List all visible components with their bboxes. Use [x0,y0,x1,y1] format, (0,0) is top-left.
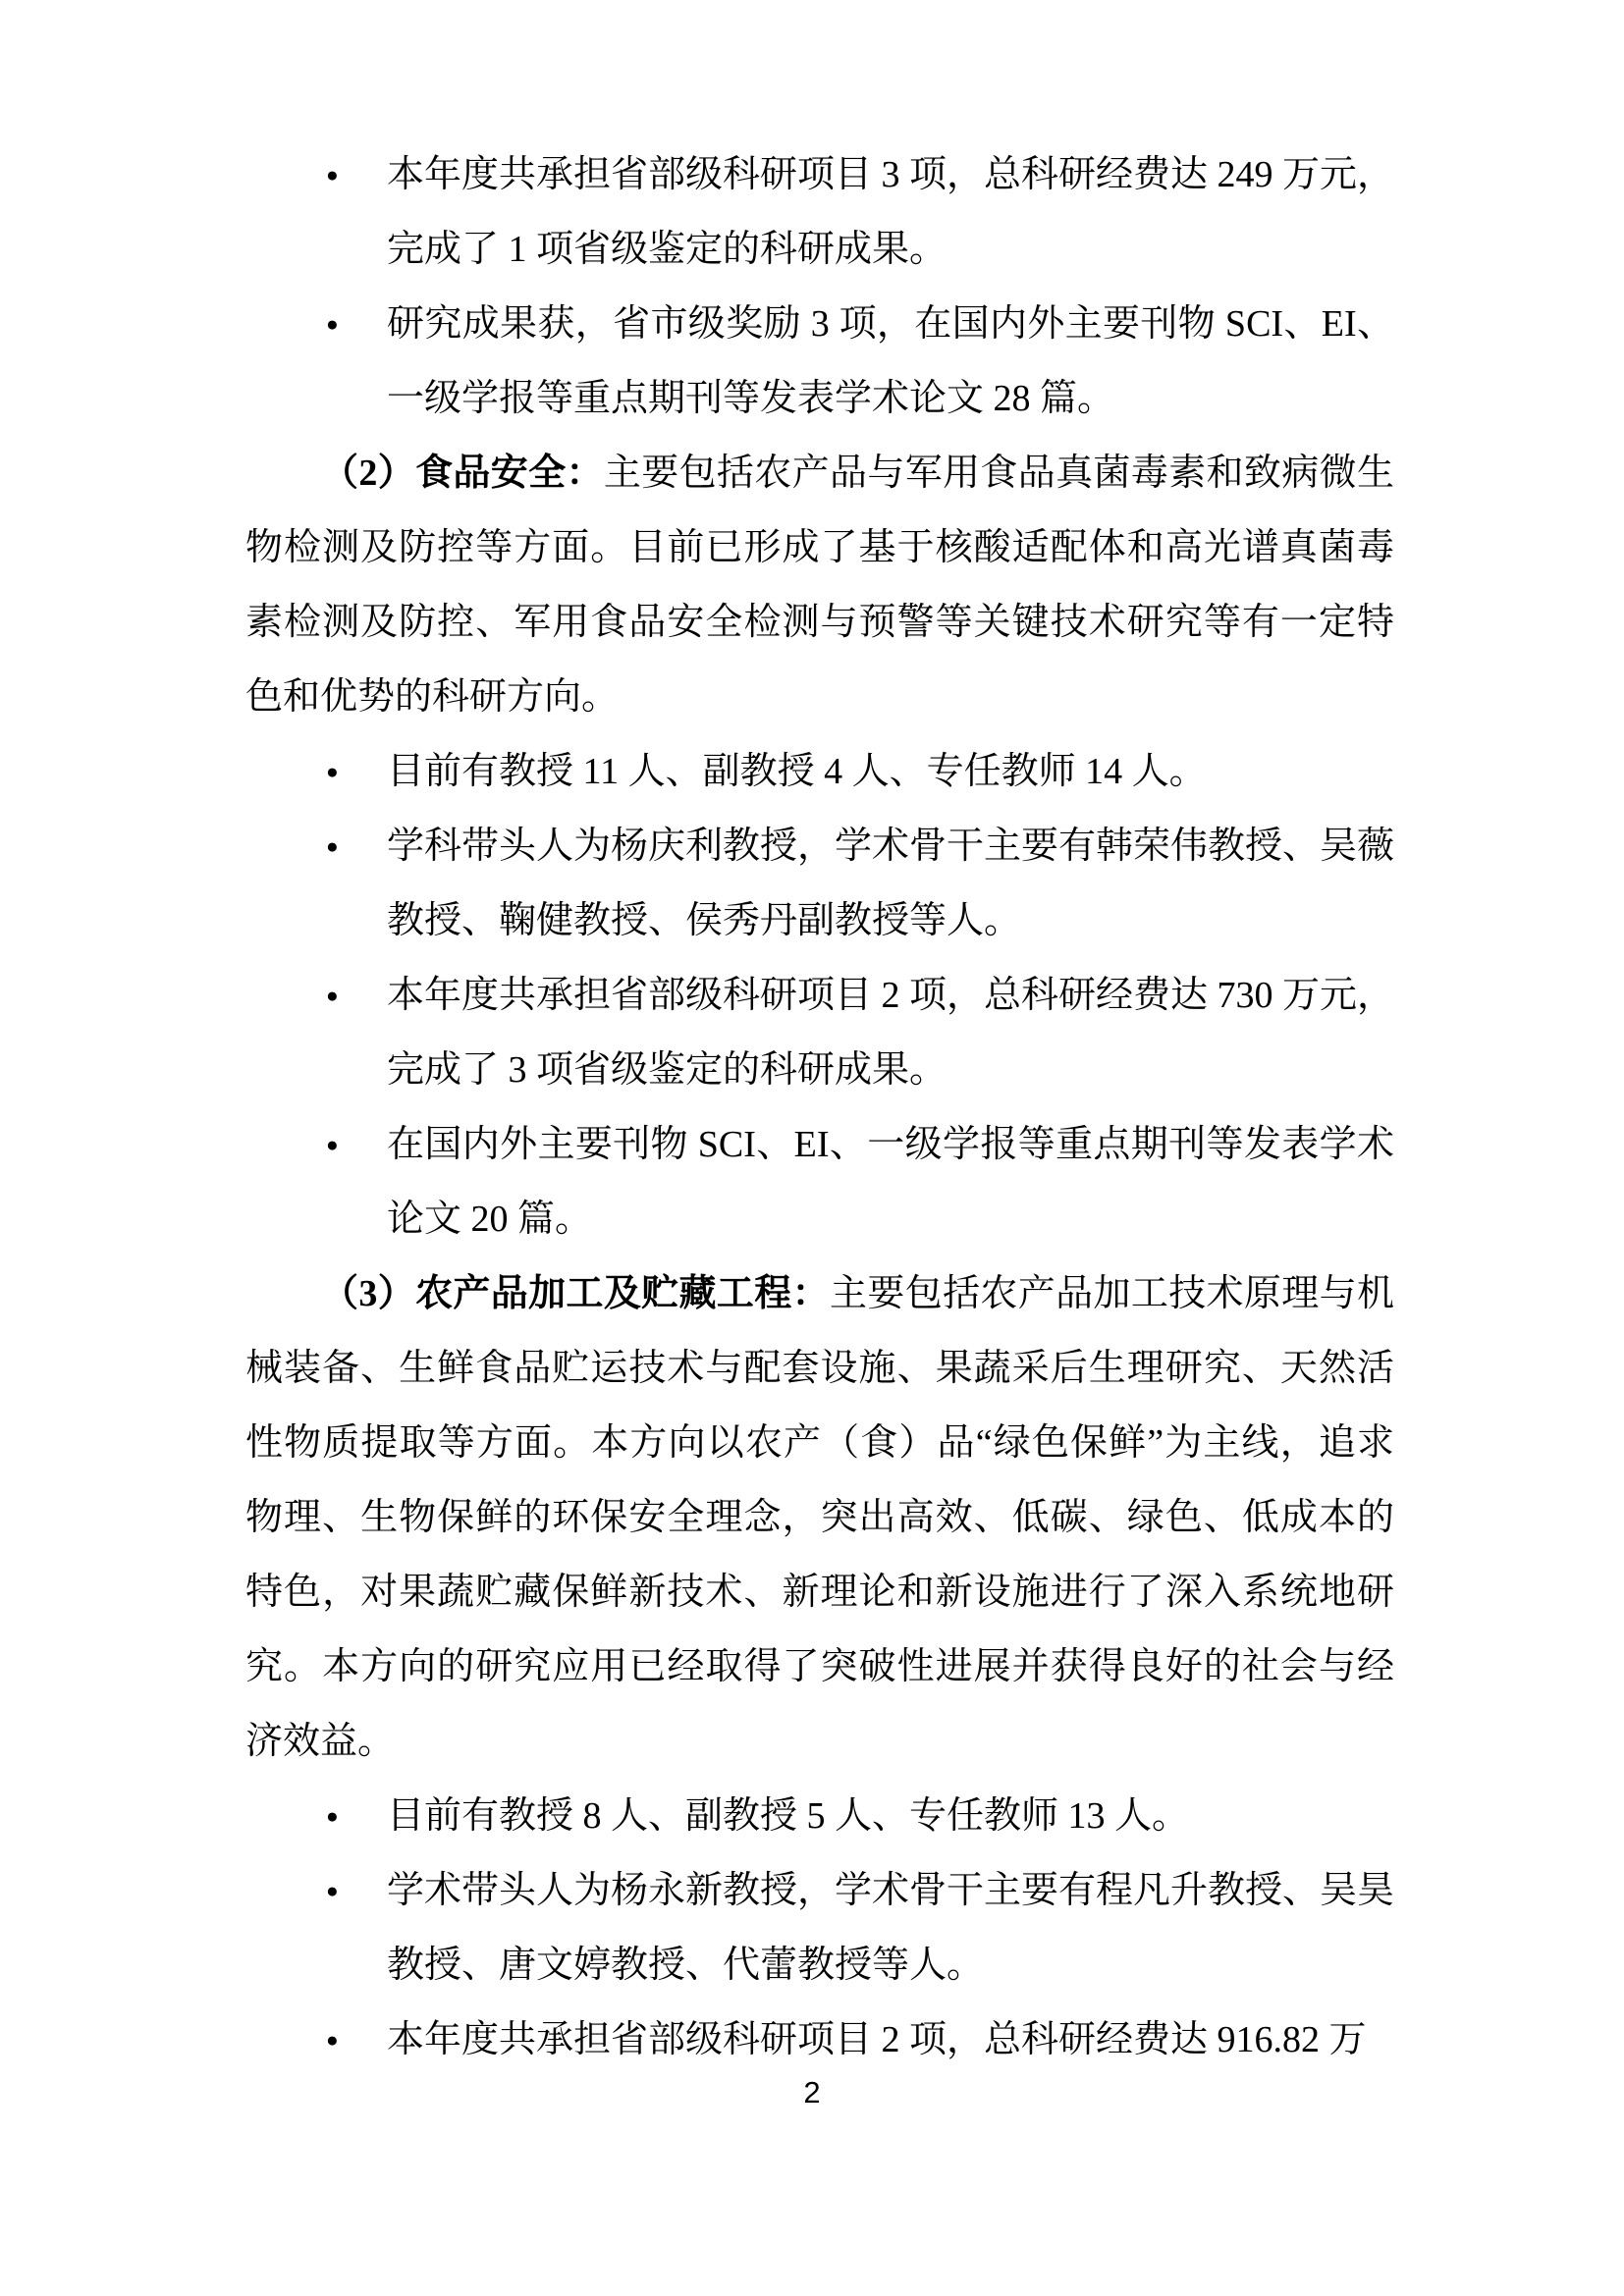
bullet-text: 本年度共承担省部级科研项目 2 项，总科研经费达 916.82 万 [387,2019,1367,2060]
bullet-icon: ● [326,734,339,809]
bullet-item: ●本年度共承担省部级科研项目 2 项，总科研经费达 916.82 万 [245,2002,1394,2077]
bullet-icon: ● [326,1853,339,1928]
bullet-text: 学术带头人为杨永新教授，学术骨干主要有程凡升教授、吴昊教授、唐文婷教授、代蕾教授… [387,1870,1394,1986]
bullet-item: ●目前有教授 8 人、副教授 5 人、专任教师 13 人。 [245,1779,1394,1853]
bullet-item: ●研究成果获，省市级奖励 3 项，在国内外主要刊物 SCI、EI、一级学报等重点… [245,287,1394,436]
document-page: ●本年度共承担省部级科研项目 3 项，总科研经费达 249 万元，完成了 1 项… [0,0,1624,2296]
paragraph-text: 主要包括农产品加工技术原理与机械装备、生鲜食品贮运技术与配套设施、果蔬采后生理研… [245,1273,1394,1762]
bullet-icon: ● [326,958,339,1033]
bullet-icon: ● [326,137,339,212]
bullet-icon: ● [326,809,339,883]
paragraph-heading: （3）农产品加工及贮藏工程： [321,1273,830,1314]
bullet-text: 在国内外主要刊物 SCI、EI、一级学报等重点期刊等发表学术论文 20 篇。 [387,1124,1394,1240]
bullet-item: ●本年度共承担省部级科研项目 3 项，总科研经费达 249 万元，完成了 1 项… [245,137,1394,287]
bullet-text: 本年度共承担省部级科研项目 3 项，总科研经费达 249 万元，完成了 1 项省… [387,154,1394,270]
bullet-icon: ● [326,1107,339,1182]
bullet-icon: ● [326,287,339,361]
bullet-item: ●在国内外主要刊物 SCI、EI、一级学报等重点期刊等发表学术论文 20 篇。 [245,1107,1394,1256]
bullet-item: ●学术带头人为杨永新教授，学术骨干主要有程凡升教授、吴昊教授、唐文婷教授、代蕾教… [245,1853,1394,2002]
paragraph: （2）食品安全：主要包括农产品与军用食品真菌毒素和致病微生物检测及防控等方面。目… [245,436,1394,734]
bullet-text: 学科带头人为杨庆利教授，学术骨干主要有韩荣伟教授、吴薇教授、鞠健教授、侯秀丹副教… [387,826,1394,941]
bullet-item: ●本年度共承担省部级科研项目 2 项，总科研经费达 730 万元，完成了 3 项… [245,958,1394,1107]
bullet-text: 目前有教授 8 人、副教授 5 人、专任教师 13 人。 [387,1795,1189,1837]
bullet-item: ●学科带头人为杨庆利教授，学术骨干主要有韩荣伟教授、吴薇教授、鞠健教授、侯秀丹副… [245,809,1394,958]
bullet-item: ●目前有教授 11 人、副教授 4 人、专任教师 14 人。 [245,734,1394,809]
bullet-text: 本年度共承担省部级科研项目 2 项，总科研经费达 730 万元，完成了 3 项省… [387,975,1394,1091]
bullet-text: 目前有教授 11 人、副教授 4 人、专任教师 14 人。 [387,751,1207,792]
bullet-icon: ● [326,2002,339,2077]
bullet-icon: ● [326,1779,339,1853]
document-body: ●本年度共承担省部级科研项目 3 项，总科研经费达 249 万元，完成了 1 项… [245,137,1394,2077]
bullet-text: 研究成果获，省市级奖励 3 项，在国内外主要刊物 SCI、EI、一级学报等重点期… [387,303,1394,419]
paragraph: （3）农产品加工及贮藏工程：主要包括农产品加工技术原理与机械装备、生鲜食品贮运技… [245,1256,1394,1779]
paragraph-heading: （2）食品安全： [321,453,604,494]
page-number: 2 [0,2073,1624,2112]
